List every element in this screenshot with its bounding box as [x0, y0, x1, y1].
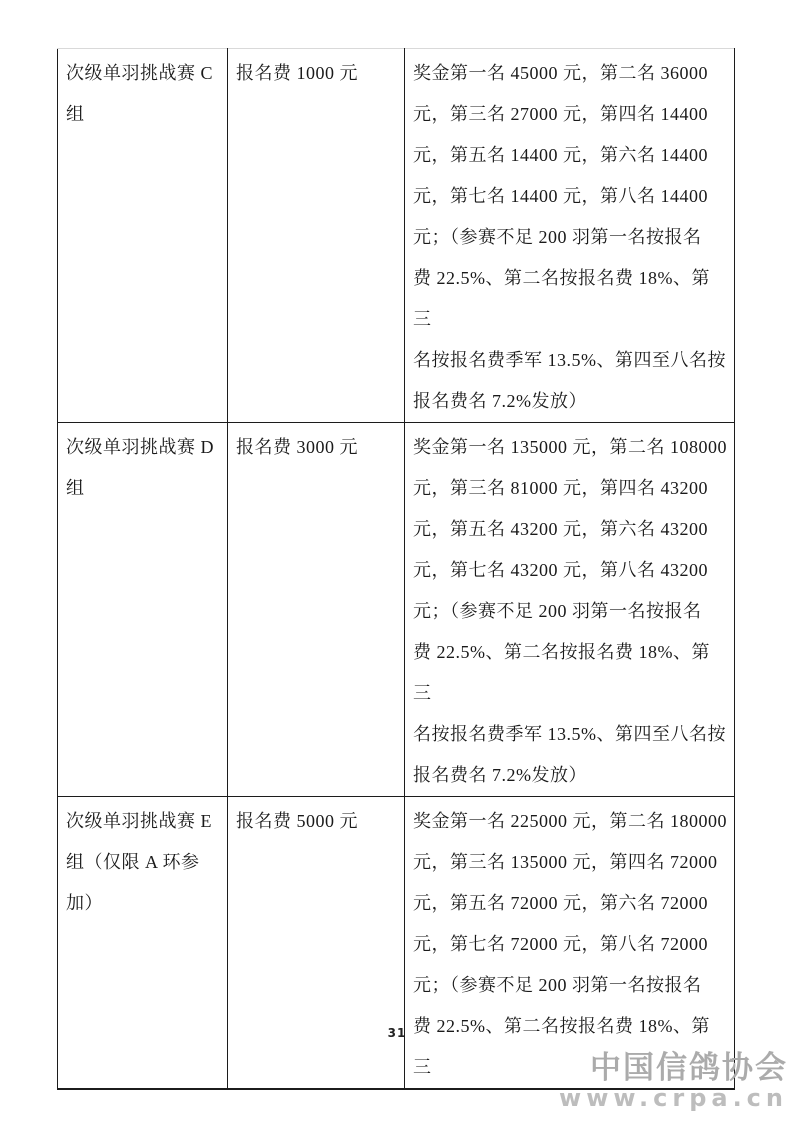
fee-cell: 报名费 5000 元	[228, 797, 405, 1090]
group-cell: 次级单羽挑战赛 E 组（仅限 A 环参 加）	[58, 797, 228, 1090]
watermark: 中国信鸽协会 www.crpa.cn	[559, 1051, 788, 1111]
table-row: 次级单羽挑战赛 C 组 报名费 1000 元 奖金第一名 45000 元，第二名…	[58, 49, 735, 423]
fee-cell: 报名费 3000 元	[228, 423, 405, 797]
prize-cell: 奖金第一名 135000 元，第二名 108000 元，第三名 81000 元，…	[405, 423, 735, 797]
prize-cell: 奖金第一名 225000 元，第二名 180000 元，第三名 135000 元…	[405, 797, 735, 1090]
prize-cell: 奖金第一名 45000 元，第二名 36000 元，第三名 27000 元，第四…	[405, 49, 735, 423]
table-row: 次级单羽挑战赛 E 组（仅限 A 环参 加） 报名费 5000 元 奖金第一名 …	[58, 797, 735, 1090]
fee-cell: 报名费 1000 元	[228, 49, 405, 423]
prize-table: 次级单羽挑战赛 C 组 报名费 1000 元 奖金第一名 45000 元，第二名…	[57, 48, 735, 1090]
watermark-logo-text: 中国信鸽协会	[559, 1051, 788, 1085]
watermark-url: www.crpa.cn	[559, 1085, 788, 1111]
page-number: 31	[0, 1026, 794, 1040]
group-cell: 次级单羽挑战赛 C 组	[58, 49, 228, 423]
table-row: 次级单羽挑战赛 D 组 报名费 3000 元 奖金第一名 135000 元，第二…	[58, 423, 735, 797]
group-cell: 次级单羽挑战赛 D 组	[58, 423, 228, 797]
document-page: 次级单羽挑战赛 C 组 报名费 1000 元 奖金第一名 45000 元，第二名…	[0, 0, 794, 1123]
